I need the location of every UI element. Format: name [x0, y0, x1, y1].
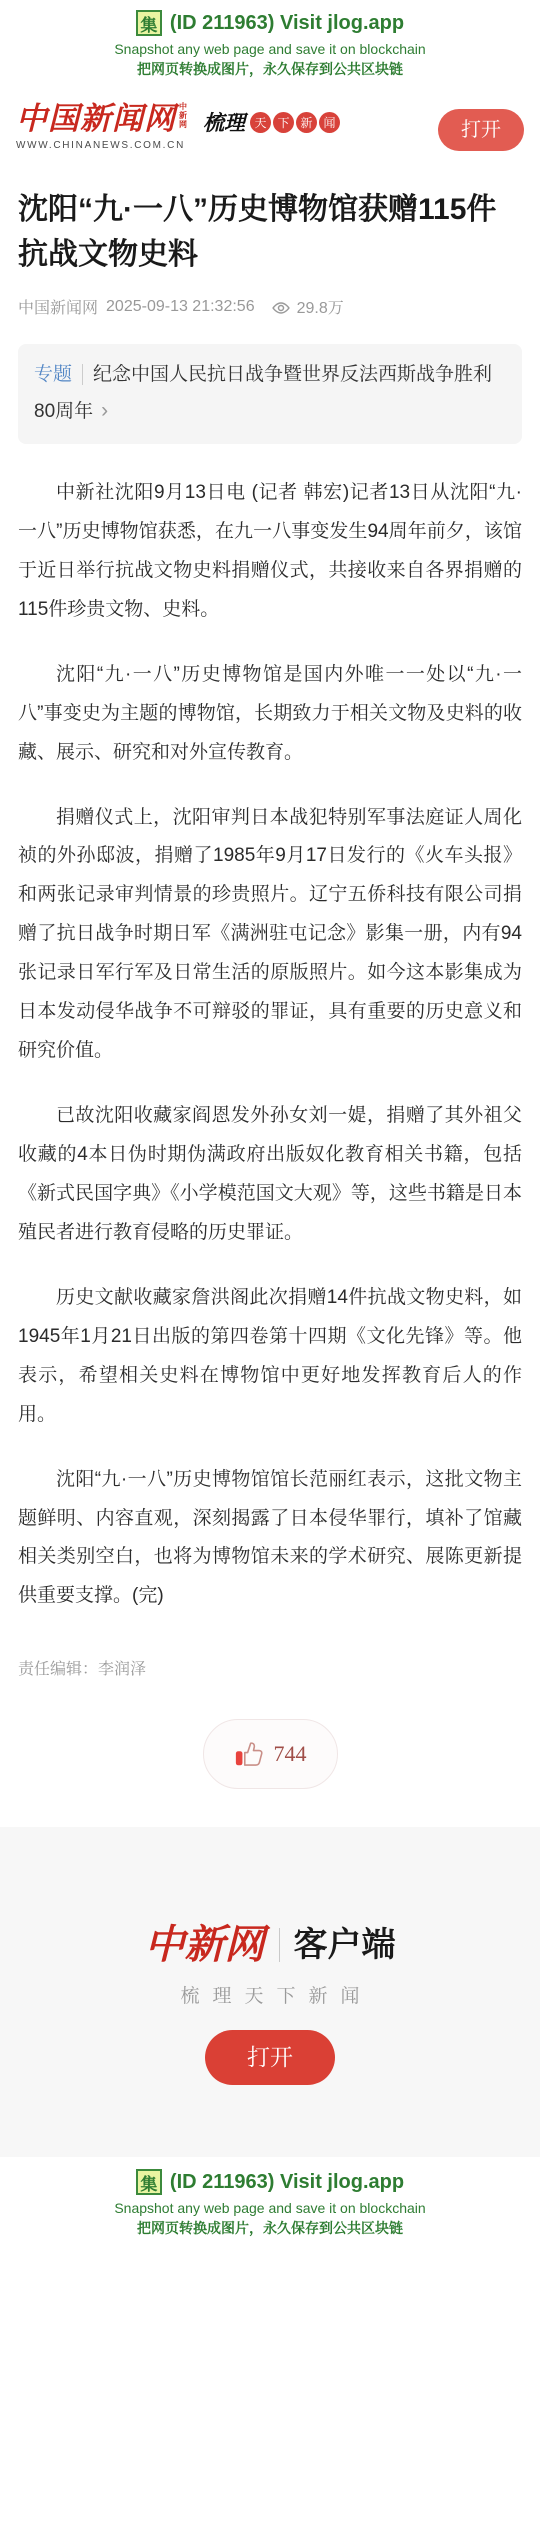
article-source: 中国新闻网	[18, 295, 98, 318]
slogan-badge: 下	[273, 112, 294, 133]
jlog-banner-link[interactable]: 集 (ID 211963) Visit jlog.app	[0, 10, 540, 36]
article-title: 沈阳“九·一八”历史博物馆获赠115件抗战文物史料	[18, 187, 522, 277]
app-promo-footer: 中新网 客户端 梳理天下新闻 打开	[0, 1827, 540, 2157]
site-header: 中国新闻网 中新网 WWW.CHINANEWS.COM.CN 梳理 天下新闻 打…	[0, 87, 540, 159]
footer-divider	[279, 1928, 280, 1962]
jlog-subtitle-zh: 把网页转换成图片，永久保存到公共区块链	[0, 2218, 540, 2238]
chinanews-logo[interactable]: 中国新闻网 中新网 WWW.CHINANEWS.COM.CN	[16, 103, 187, 151]
article-paragraph: 沈阳“九·一八”历史博物馆馆长范丽红表示，这批文物主题鲜明、内容直观，深刻揭露了…	[18, 1461, 522, 1617]
topic-link[interactable]: 专题纪念中国人民抗日战争暨世界反法西斯战争胜利80周年›	[18, 344, 522, 444]
article-paragraph: 捐赠仪式上，沈阳审判日本战犯特别军事法庭证人周化祯的外孙邸波，捐赠了1985年9…	[18, 799, 522, 1072]
view-count: 29.8万	[297, 295, 344, 318]
article: 沈阳“九·一八”历史博物馆获赠115件抗战文物史料 中国新闻网 2025-09-…	[0, 187, 540, 1679]
jlog-id-text: (ID 211963) Visit jlog.app	[170, 2171, 404, 2194]
jlog-ji-icon: 集	[136, 2169, 162, 2195]
slogan-badges: 天下新闻	[250, 112, 340, 133]
views-eye-icon	[271, 301, 291, 315]
like-count: 744	[274, 1741, 307, 1767]
logo-side-text: 中新网	[179, 103, 187, 129]
logo-calligraphy: 中国新闻网	[16, 103, 176, 134]
slogan-badge: 天	[250, 112, 271, 133]
article-paragraph: 沈阳“九·一八”历史博物馆是国内外唯一一处以“九·一八”事变史为主题的博物馆，长…	[18, 656, 522, 773]
header-slogan: 梳理 天下新闻	[203, 107, 340, 137]
jlog-id-text: (ID 211963) Visit jlog.app	[170, 12, 404, 35]
footer-logo-row: 中新网 客户端	[0, 1925, 540, 1965]
jlog-subtitle-zh: 把网页转换成图片，永久保存到公共区块链	[0, 59, 540, 79]
open-app-button-header[interactable]: 打开	[438, 109, 524, 151]
editor-line: 责任编辑：李润泽	[18, 1656, 522, 1679]
jlog-subtitle-en: Snapshot any web page and save it on blo…	[0, 41, 540, 57]
slogan-badge: 闻	[319, 112, 340, 133]
footer-logo-calligraphy: 中新网	[145, 1925, 265, 1965]
slogan-badge: 新	[296, 112, 317, 133]
article-paragraph: 中新社沈阳9月13日电 (记者 韩宏)记者13日从沈阳“九·一八”历史博物馆获悉…	[18, 474, 522, 630]
jlog-banner-link[interactable]: 集 (ID 211963) Visit jlog.app	[0, 2169, 540, 2195]
article-paragraph: 历史文献收藏家詹洪阁此次捐赠14件抗战文物史料，如1945年1月21日出版的第四…	[18, 1279, 522, 1435]
open-app-button-footer[interactable]: 打开	[205, 2030, 335, 2085]
slogan-script-text: 梳理	[203, 107, 245, 137]
jlog-subtitle-en: Snapshot any web page and save it on blo…	[0, 2200, 540, 2216]
jlog-banner-bottom: 集 (ID 211963) Visit jlog.app Snapshot an…	[0, 2157, 540, 2246]
chevron-right-icon: ›	[101, 399, 108, 422]
jlog-ji-icon: 集	[136, 10, 162, 36]
article-body: 中新社沈阳9月13日电 (记者 韩宏)记者13日从沈阳“九·一八”历史博物馆获悉…	[18, 474, 522, 1616]
site-url: WWW.CHINANEWS.COM.CN	[16, 140, 187, 151]
footer-app-label: 客户端	[294, 1928, 396, 1962]
jlog-banner-top: 集 (ID 211963) Visit jlog.app Snapshot an…	[0, 0, 540, 87]
like-button[interactable]: 744	[203, 1719, 338, 1789]
article-meta: 中国新闻网 2025-09-13 21:32:56 29.8万	[18, 295, 522, 318]
article-paragraph: 已故沈阳收藏家阎恩发外孙女刘一媞，捐赠了其外祖父收藏的4本日伪时期伪满政府出版奴…	[18, 1097, 522, 1253]
footer-slogan: 梳理天下新闻	[0, 1981, 540, 2008]
like-section: 744	[0, 1719, 540, 1789]
thumbs-up-icon	[234, 1739, 264, 1769]
article-published: 2025-09-13 21:32:56	[106, 298, 255, 316]
topic-label: 专题	[34, 364, 83, 385]
